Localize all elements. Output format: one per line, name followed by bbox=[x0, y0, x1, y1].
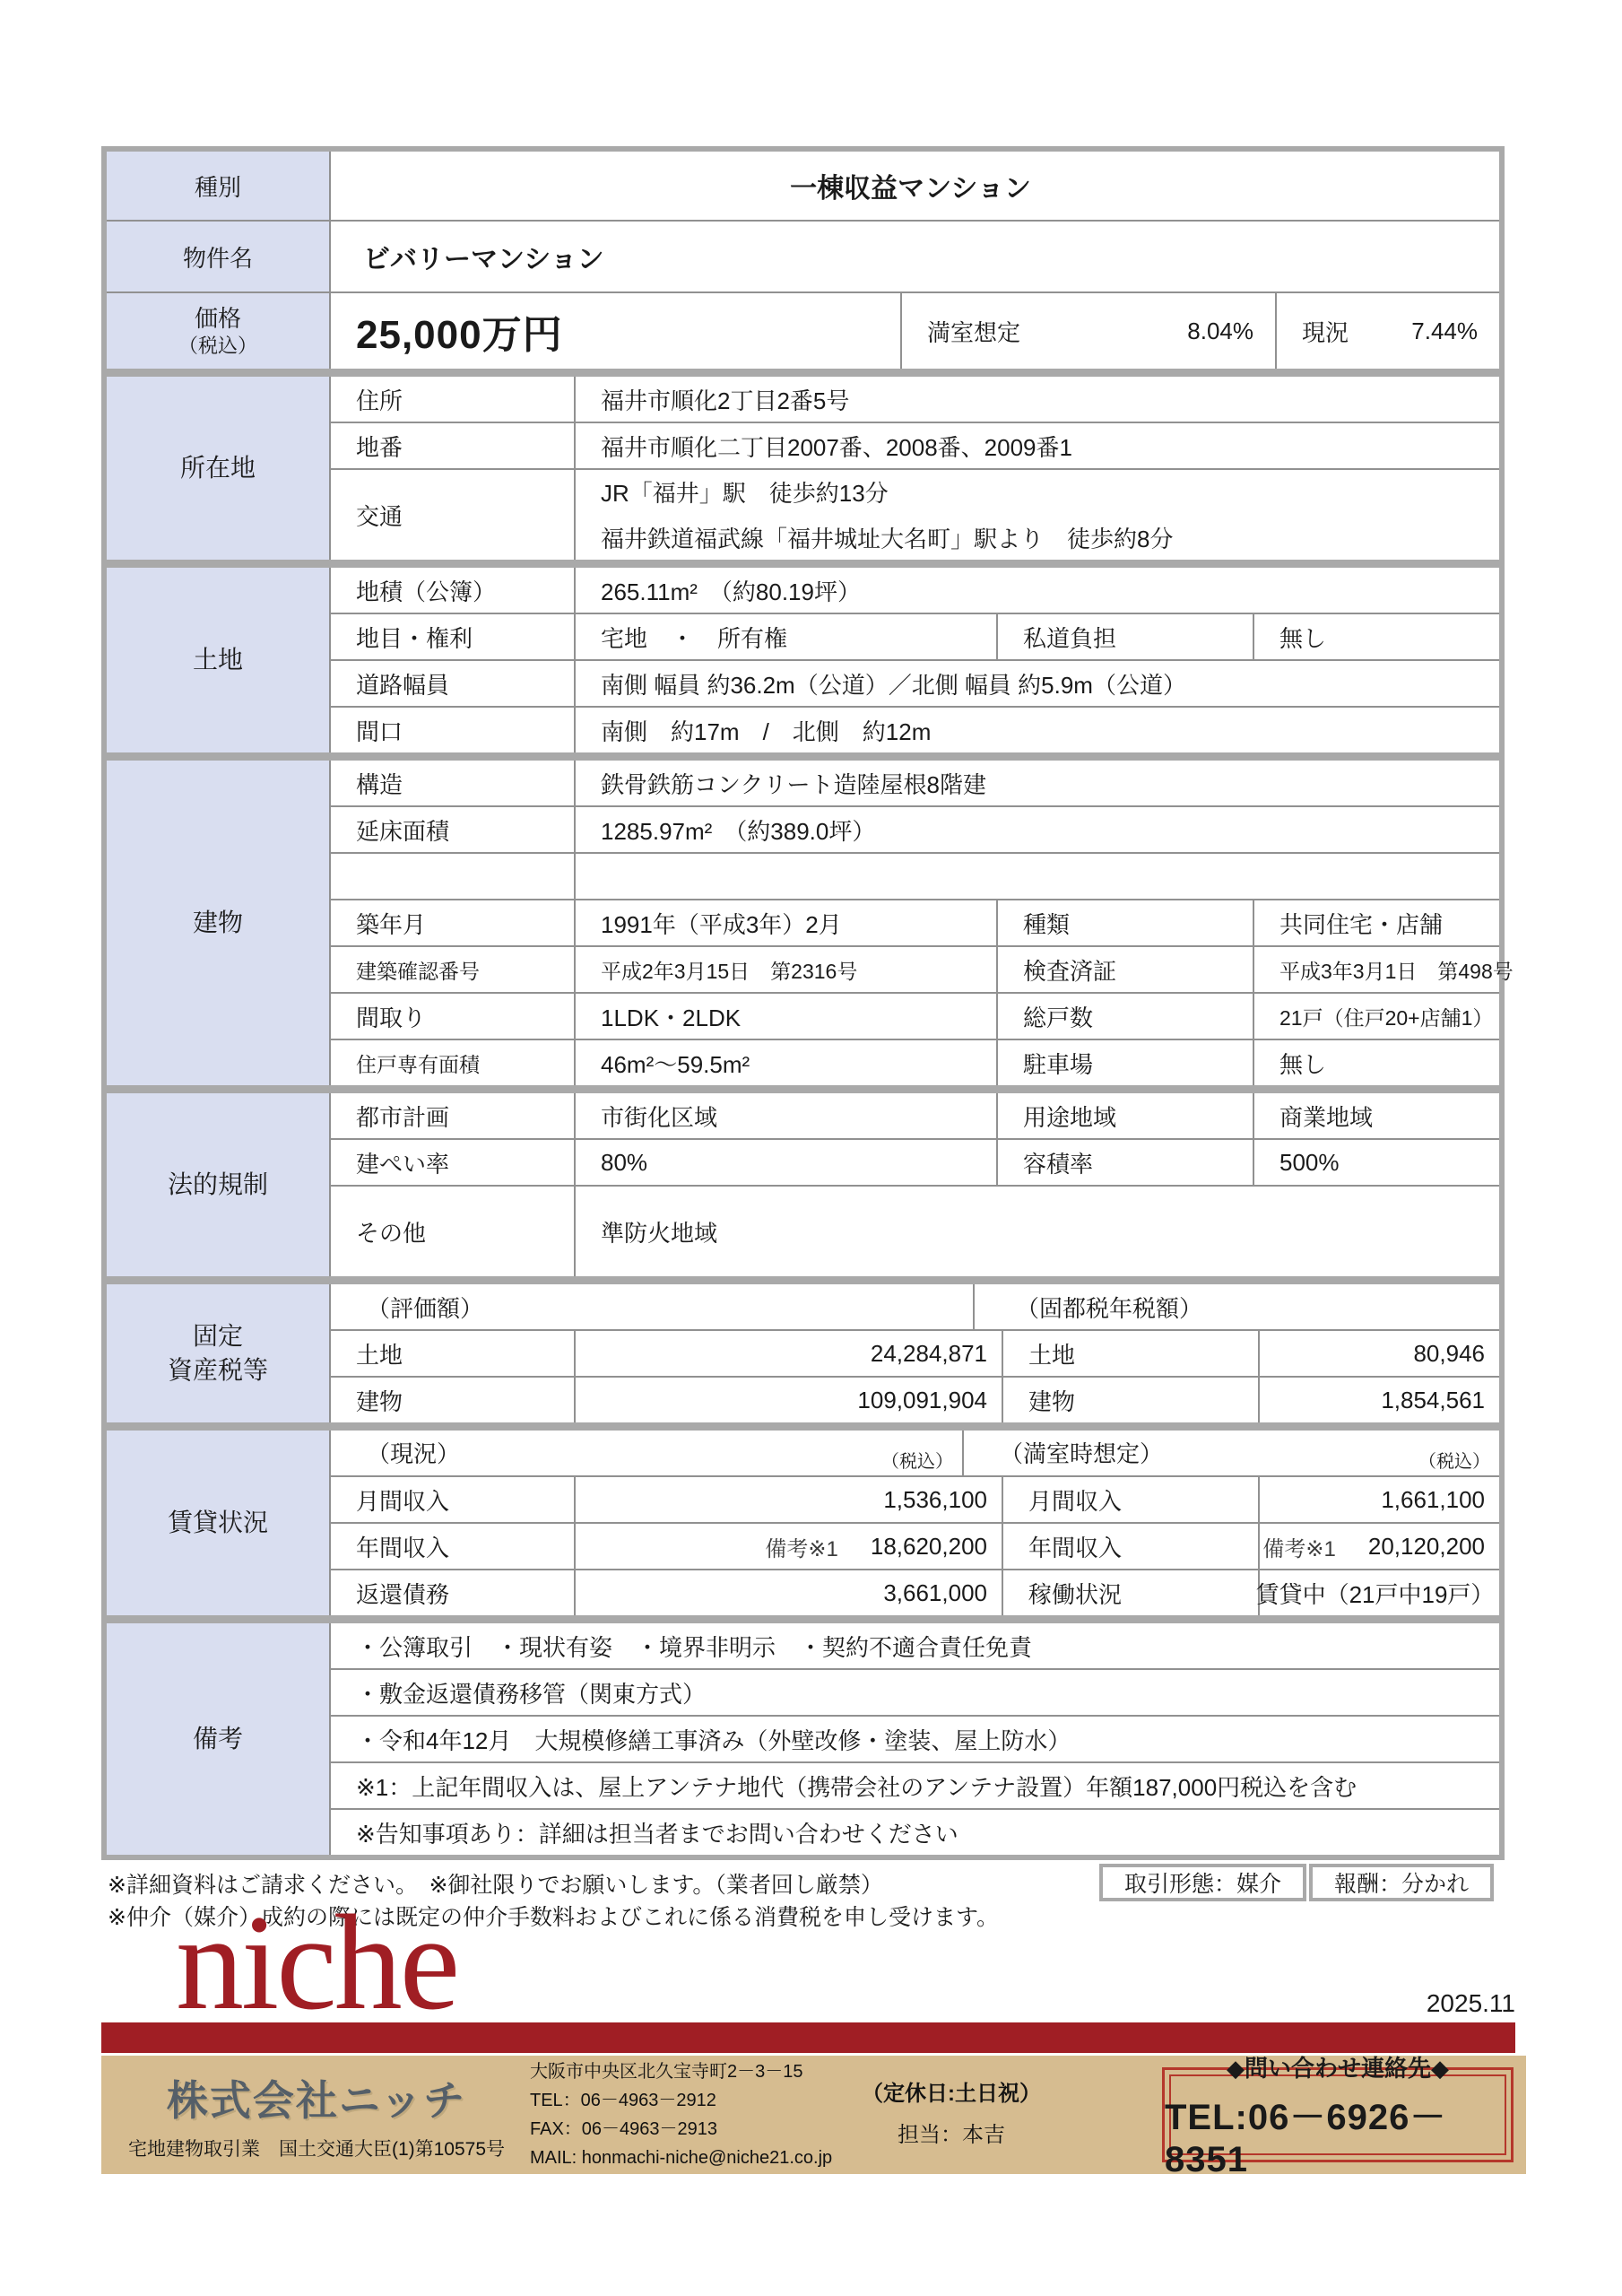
staff-name: 担当：本吉 bbox=[844, 2115, 1059, 2156]
price-value: 25,000万円 bbox=[329, 293, 900, 369]
property-name-label: 物件名 bbox=[107, 222, 329, 291]
property-name-value: ビバリーマンション bbox=[329, 222, 1499, 291]
row-monthly-income: 月間収入 1,536,100 月間収入 1,661,100 bbox=[331, 1475, 1499, 1522]
brand-red-band bbox=[101, 2022, 1515, 2053]
property-flyer-page: 種別 一棟収益マンション 物件名 ビバリーマンション 価格 （税込） 25,00… bbox=[0, 0, 1622, 2296]
assess-header: （評価額） bbox=[331, 1284, 973, 1329]
section-building: 建物 構造 鉄骨鉄筋コンクリート造陸屋根8階建 延床面積 1285.97m² （… bbox=[107, 752, 1499, 1085]
annual-full: 備考※1 20,120,200 bbox=[1258, 1524, 1499, 1569]
row-empty bbox=[331, 852, 1499, 899]
building-category: 建物 bbox=[107, 761, 331, 1085]
row-annual-income: 年間収入 備考※1 18,620,200 年間収入 備考※1 20,120,20… bbox=[331, 1522, 1499, 1569]
remarks-category: 備考 bbox=[107, 1623, 331, 1855]
row-frontage: 間口 南側 約17m / 北側 約12m bbox=[331, 706, 1499, 752]
row-structure: 構造 鉄骨鉄筋コンクリート造陸屋根8階建 bbox=[331, 761, 1499, 805]
row-built-date: 築年月 1991年（平成3年）2月 種類 共同住宅・店舗 bbox=[331, 899, 1499, 945]
row-rent-header: （現況） （税込） （満室時想定） （税込） bbox=[331, 1431, 1499, 1475]
location-category: 所在地 bbox=[107, 377, 331, 560]
remark-line: ・令和4年12月 大規模修繕工事済み（外壁改修・塗装、屋上防水） bbox=[331, 1715, 1499, 1761]
annual-tax-header: （固都税年税額） bbox=[973, 1284, 1499, 1329]
remark-line: ※1：上記年間収入は、屋上アンテナ地代（携帯会社のアンテナ設置）年額187,00… bbox=[331, 1761, 1499, 1808]
row-tax-header: （評価額） （固都税年税額） bbox=[331, 1284, 1499, 1329]
row-land-category: 地目・権利 宅地 ・ 所有権 私道負担 無し bbox=[331, 613, 1499, 659]
section-remarks: 備考 ・公簿取引 ・現状有姿 ・境界非明示 ・契約不適合責任免責 ・敷金返還債務… bbox=[107, 1615, 1499, 1855]
annual-current: 備考※1 18,620,200 bbox=[574, 1524, 1002, 1569]
section-land: 土地 地積（公簿） 265.11m² （約80.19坪） 地目・権利 宅地 ・ … bbox=[107, 560, 1499, 752]
row-deposit-occupancy: 返還債務 3,661,000 稼働状況 賃貸中（21戸中19戸） bbox=[331, 1569, 1499, 1615]
row-city-planning: 都市計画 市街化区域 用途地域 商業地域 bbox=[331, 1093, 1499, 1138]
section-location: 所在地 住所 福井市順化2丁目2番5号 地番 福井市順化二丁目2007番、200… bbox=[107, 369, 1499, 560]
tax-category: 固定 資産税等 bbox=[107, 1284, 331, 1422]
legal-category: 法的規制 bbox=[107, 1093, 331, 1276]
rent-category: 賃貸状況 bbox=[107, 1431, 331, 1615]
row-tax-building: 建物 109,091,904 建物 1,854,561 bbox=[331, 1376, 1499, 1422]
row-address: 住所 福井市順化2丁目2番5号 bbox=[331, 377, 1499, 422]
holiday-note: （定休日:土日祝） bbox=[844, 2074, 1059, 2115]
row-lot-number: 地番 福井市順化二丁目2007番、2008番、2009番1 bbox=[331, 422, 1499, 468]
company-address: 大阪市中央区北久宝寺町2－3－15 bbox=[530, 2057, 844, 2086]
company-license: 宅地建物取引業 国土交通大臣(1)第10575号 bbox=[119, 2135, 514, 2161]
price-label: 価格 （税込） bbox=[107, 293, 329, 369]
current-header: （現況） （税込） bbox=[331, 1431, 962, 1475]
section-top: 種別 一棟収益マンション 物件名 ビバリーマンション 価格 （税込） 25,00… bbox=[107, 152, 1499, 369]
type-label: 種別 bbox=[107, 152, 329, 220]
company-fax: FAX：06－4963－2913 bbox=[530, 2115, 844, 2144]
section-tax: 固定 資産税等 （評価額） （固都税年税額） 土地 24,284,871 土地 … bbox=[107, 1276, 1499, 1422]
company-tel: TEL：06－4963－2912 bbox=[530, 2086, 844, 2115]
section-legal: 法的規制 都市計画 市街化区域 用途地域 商業地域 建ぺい率 80% 容積率 5… bbox=[107, 1085, 1499, 1276]
company-footer-band: 株式会社ニッチ 宅地建物取引業 国土交通大臣(1)第10575号 大阪市中央区北… bbox=[101, 2056, 1526, 2174]
niche-logo: niche bbox=[176, 1894, 457, 2031]
current-yield: 現況7.44% bbox=[1275, 293, 1499, 369]
type-value: 一棟収益マンション bbox=[329, 152, 1499, 220]
row-building-confirmation: 建築確認番号 平成2年3月15日 第2316号 検査済証 平成3年3月1日 第4… bbox=[331, 945, 1499, 992]
land-category: 土地 bbox=[107, 568, 331, 752]
row-tax-land: 土地 24,284,871 土地 80,946 bbox=[331, 1329, 1499, 1376]
access-value: JR「福井」駅 徒歩約13分 福井鉄道福武線「福井城址大名町」駅より 徒歩約8分 bbox=[574, 470, 1499, 560]
row-layout: 間取り 1LDK・2LDK 総戸数 21戸（住戸20+店舗1） bbox=[331, 992, 1499, 1039]
row-access: 交通 JR「福井」駅 徒歩約13分 福井鉄道福武線「福井城址大名町」駅より 徒歩… bbox=[331, 468, 1499, 560]
row-name: 物件名 ビバリーマンション bbox=[107, 220, 1499, 291]
row-price: 価格 （税込） 25,000万円 満室想定8.04% 現況7.44% bbox=[107, 291, 1499, 369]
company-mail: MAIL: honmachi-niche@niche21.co.jp bbox=[530, 2144, 844, 2172]
row-road-width: 道路幅員 南側 幅員 約36.2m（公道）／北側 幅員 約5.9m（公道） bbox=[331, 659, 1499, 706]
inquiry-box: ◆問い合わせ連絡先◆ TEL:06－6926－8351 bbox=[1162, 2067, 1514, 2162]
row-other-legal: その他 準防火地域 bbox=[331, 1185, 1499, 1276]
full-occupancy-yield: 満室想定8.04% bbox=[900, 293, 1275, 369]
company-contact-block: 大阪市中央区北久宝寺町2－3－15 TEL：06－4963－2912 FAX：0… bbox=[530, 2057, 844, 2172]
remark-line: ・敷金返還債務移管（関東方式） bbox=[331, 1668, 1499, 1715]
fee-box: 報酬：分かれ bbox=[1309, 1864, 1494, 1901]
row-floor-area: 延床面積 1285.97m² （約389.0坪） bbox=[331, 805, 1499, 852]
full-occupancy-header: （満室時想定） （税込） bbox=[962, 1431, 1499, 1475]
section-rent: 賃貸状況 （現況） （税込） （満室時想定） （税込） 月間収入 1,536,1… bbox=[107, 1422, 1499, 1615]
row-type: 種別 一棟収益マンション bbox=[107, 152, 1499, 220]
holiday-staff-block: （定休日:土日祝） 担当：本吉 bbox=[844, 2074, 1059, 2155]
deal-info-boxes: 取引形態：媒介 報酬：分かれ bbox=[1097, 1864, 1494, 1901]
company-name: 株式会社ニッチ bbox=[119, 2068, 514, 2127]
deal-type-box: 取引形態：媒介 bbox=[1099, 1864, 1306, 1901]
inquiry-phone: TEL:06－6926－8351 bbox=[1165, 2089, 1511, 2180]
row-land-area: 地積（公簿） 265.11m² （約80.19坪） bbox=[331, 568, 1499, 613]
spec-table: 種別 一棟収益マンション 物件名 ビバリーマンション 価格 （税込） 25,00… bbox=[101, 146, 1505, 1860]
inquiry-title: ◆問い合わせ連絡先◆ bbox=[1227, 2050, 1449, 2083]
remark-line: ※告知事項あり：詳細は担当者までお問い合わせください bbox=[331, 1808, 1499, 1855]
remark-line: ・公簿取引 ・現状有姿 ・境界非明示 ・契約不適合責任免責 bbox=[331, 1623, 1499, 1668]
company-block: 株式会社ニッチ 宅地建物取引業 国土交通大臣(1)第10575号 bbox=[119, 2068, 514, 2161]
row-coverage-ratio: 建ぺい率 80% 容積率 500% bbox=[331, 1138, 1499, 1185]
issue-date: 2025.11 bbox=[1427, 1989, 1515, 2018]
row-unit-area: 住戸専有面積 46m²～59.5m² 駐車場 無し bbox=[331, 1039, 1499, 1085]
